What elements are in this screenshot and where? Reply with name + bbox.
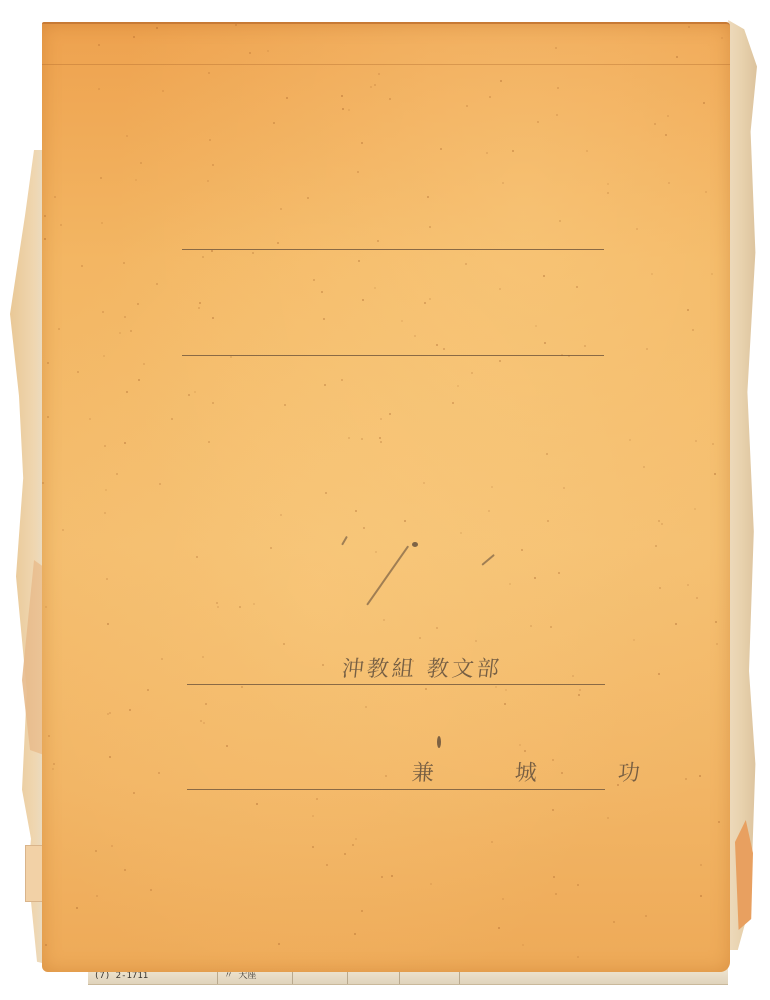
paper-speck xyxy=(199,302,201,304)
paper-speck xyxy=(98,44,100,46)
paper-speck xyxy=(380,441,382,443)
paper-speck xyxy=(208,72,210,74)
paper-speck xyxy=(489,96,491,98)
paper-speck xyxy=(324,384,326,386)
paper-speck xyxy=(249,52,251,54)
paper-speck xyxy=(714,473,716,475)
paper-speck xyxy=(429,298,431,300)
paper-speck xyxy=(124,316,126,318)
paper-speck xyxy=(135,179,137,181)
paper-speck xyxy=(105,489,107,491)
paper-speck xyxy=(198,307,200,309)
paper-speck xyxy=(235,24,237,26)
paper-speck xyxy=(76,907,78,909)
paper-speck xyxy=(378,73,380,75)
paper-speck xyxy=(578,694,580,696)
paper-speck xyxy=(205,703,207,705)
paper-speck xyxy=(202,256,204,258)
paper-speck xyxy=(124,442,126,444)
paper-speck xyxy=(323,318,325,320)
paper-speck xyxy=(505,689,507,691)
paper-speck xyxy=(544,342,546,344)
paper-speck xyxy=(217,606,219,608)
paper-speck xyxy=(633,639,635,641)
paper-speck xyxy=(401,320,403,322)
paper-speck xyxy=(156,27,158,29)
paper-speck xyxy=(42,482,44,484)
paper-speck xyxy=(283,643,285,645)
paper-speck xyxy=(355,838,357,840)
paper-speck xyxy=(194,391,196,393)
paper-speck xyxy=(162,90,164,92)
paper-speck xyxy=(354,933,356,935)
paper-speck xyxy=(211,250,213,252)
paper-speck xyxy=(104,445,106,447)
paper-speck xyxy=(721,37,723,39)
affiliation-handwriting: 沖教組 教文部 xyxy=(340,652,503,683)
paper-speck xyxy=(362,299,364,301)
paper-speck xyxy=(427,196,429,198)
paper-speck xyxy=(699,775,701,777)
paper-speck xyxy=(658,673,660,675)
paper-speck xyxy=(705,191,707,193)
name-rule xyxy=(187,789,605,790)
paper-speck xyxy=(577,884,579,886)
paper-speck xyxy=(326,864,328,866)
paper-speck xyxy=(379,437,381,439)
paper-speck xyxy=(519,744,521,746)
paper-speck xyxy=(655,545,657,547)
paper-speck xyxy=(143,363,145,365)
paper-speck xyxy=(286,97,288,99)
paper-speck xyxy=(381,876,383,878)
paper-speck xyxy=(202,656,204,658)
paper-speck xyxy=(443,348,445,350)
paper-speck xyxy=(321,291,323,293)
paper-speck xyxy=(365,706,367,708)
paper-speck xyxy=(200,720,202,722)
paper-speck xyxy=(553,876,555,878)
paper-speck xyxy=(412,660,414,662)
paper-speck xyxy=(158,772,160,774)
paper-speck xyxy=(212,402,214,404)
paper-speck xyxy=(100,177,102,179)
paper-speck xyxy=(491,486,493,488)
paper-speck xyxy=(322,664,324,666)
paper-speck xyxy=(280,208,282,210)
paper-speck xyxy=(98,88,100,90)
paper-speck xyxy=(325,492,327,494)
paper-speck xyxy=(675,623,677,625)
paper-speck xyxy=(629,439,631,441)
paper-speck xyxy=(460,532,462,534)
paper-speck xyxy=(668,182,670,184)
paper-speck xyxy=(352,844,354,846)
paper-speck xyxy=(550,626,552,628)
paper-speck xyxy=(361,142,363,144)
paper-speck xyxy=(341,379,343,381)
paper-speck xyxy=(414,335,416,337)
paper-speck xyxy=(465,263,467,265)
paper-speck xyxy=(273,122,275,124)
paper-speck xyxy=(361,438,363,440)
paper-speck xyxy=(607,192,609,194)
paper-speck xyxy=(457,385,459,387)
paper-speck xyxy=(703,102,705,104)
paper-speck xyxy=(577,956,579,958)
paper-speck xyxy=(715,621,717,623)
paper-speck xyxy=(436,344,438,346)
paper-speck xyxy=(547,520,549,522)
paper-speck xyxy=(718,821,720,823)
paper-speck xyxy=(203,722,205,724)
paper-speck xyxy=(380,418,382,420)
paper-speck xyxy=(101,222,103,224)
paper-speck xyxy=(104,512,106,514)
paper-speck xyxy=(383,619,385,621)
paper-speck xyxy=(688,26,690,28)
paper-speck xyxy=(524,750,526,752)
paper-speck xyxy=(96,895,98,897)
paper-speck xyxy=(535,325,537,327)
paper-speck xyxy=(147,689,149,691)
paper-speck xyxy=(488,510,490,512)
paper-speck xyxy=(278,943,280,945)
paper-speck xyxy=(137,303,139,305)
paper-speck xyxy=(130,330,132,332)
paper-speck xyxy=(52,768,54,770)
paper-speck xyxy=(270,547,272,549)
paper-speck xyxy=(654,123,656,125)
paper-speck xyxy=(607,817,609,819)
paper-speck xyxy=(129,709,131,711)
paper-speck xyxy=(60,224,62,226)
paper-speck xyxy=(651,273,653,275)
paper-speck xyxy=(47,362,49,364)
paper-speck xyxy=(209,139,211,141)
paper-speck xyxy=(58,328,60,330)
paper-speck xyxy=(430,883,432,885)
title-rule-bottom xyxy=(182,355,604,356)
paper-speck xyxy=(107,623,109,625)
paper-speck xyxy=(685,778,687,780)
paper-speck xyxy=(486,152,488,154)
paper-speck xyxy=(572,675,574,677)
paper-speck xyxy=(374,287,376,289)
paper-speck xyxy=(208,441,210,443)
paper-speck xyxy=(712,443,714,445)
paper-speck xyxy=(188,394,190,396)
paper-speck xyxy=(126,135,128,137)
paper-speck xyxy=(355,510,357,512)
paper-speck xyxy=(159,483,161,485)
paper-speck xyxy=(267,50,269,52)
paper-speck xyxy=(161,658,163,660)
paper-speck xyxy=(230,356,232,358)
paper-speck xyxy=(558,572,560,574)
paper-speck xyxy=(385,775,387,777)
paper-speck xyxy=(695,440,697,442)
paper-speck xyxy=(196,556,198,558)
paper-speck xyxy=(106,578,108,580)
paper-speck xyxy=(341,95,343,97)
paper-speck xyxy=(133,36,135,38)
paper-speck xyxy=(568,355,570,357)
paper-speck xyxy=(696,597,698,599)
paper-speck xyxy=(377,240,379,242)
paper-speck xyxy=(109,712,111,714)
paper-speck xyxy=(543,275,545,277)
paper-speck xyxy=(556,114,558,116)
paper-speck xyxy=(313,279,315,281)
paper-speck xyxy=(102,311,104,313)
paper-speck xyxy=(133,792,135,794)
paper-speck xyxy=(509,583,511,585)
paper-speck xyxy=(216,602,218,604)
paper-speck xyxy=(636,228,638,230)
paper-speck xyxy=(452,402,454,404)
paper-speck xyxy=(495,686,497,688)
paper-speck xyxy=(363,527,365,529)
paper-speck xyxy=(665,134,667,136)
paper-speck xyxy=(89,418,91,420)
paper-speck xyxy=(103,355,105,357)
paper-speck xyxy=(546,453,548,455)
paper-speck xyxy=(711,273,713,275)
paper-speck xyxy=(358,260,360,262)
paper-speck xyxy=(555,47,557,49)
paper-speck xyxy=(241,686,243,688)
name-char: 功 xyxy=(617,756,643,787)
paper-speck xyxy=(81,265,83,267)
paper-speck xyxy=(584,345,586,347)
paper-speck xyxy=(342,108,344,110)
paper-speck xyxy=(312,815,314,817)
paper-speck xyxy=(252,252,254,254)
paper-speck xyxy=(54,196,56,198)
paper-speck xyxy=(500,80,502,82)
paper-speck xyxy=(312,846,314,848)
paper-speck xyxy=(116,473,118,475)
pencil-stroke xyxy=(481,554,495,566)
paper-speck xyxy=(659,587,661,589)
paper-speck xyxy=(613,921,615,923)
paper-speck xyxy=(522,944,524,946)
paper-speck xyxy=(375,551,377,553)
paper-speck xyxy=(607,183,609,185)
pencil-stroke xyxy=(366,545,409,605)
paper-speck xyxy=(436,627,438,629)
paper-speck xyxy=(466,105,468,107)
paper-speck xyxy=(557,87,559,89)
paper-speck xyxy=(253,603,255,605)
paper-speck xyxy=(126,391,128,393)
paper-speck xyxy=(498,927,500,929)
paper-speck xyxy=(156,283,158,285)
paper-speck xyxy=(284,404,286,406)
paper-speck xyxy=(576,286,578,288)
paper-speck xyxy=(552,809,554,811)
paper-speck xyxy=(77,371,79,373)
paper-speck xyxy=(534,577,536,579)
paper-speck xyxy=(440,148,442,150)
paper-speck xyxy=(404,520,406,522)
paper-speck xyxy=(370,86,372,88)
pencil-stroke xyxy=(341,536,348,546)
folder-cover: 沖教組 教文部 兼 城 功 xyxy=(42,22,730,972)
paper-speck xyxy=(559,220,561,222)
paper-speck xyxy=(277,242,279,244)
paper-speck xyxy=(212,317,214,319)
paper-speck xyxy=(47,416,49,418)
paper-speck xyxy=(138,379,140,381)
paper-speck xyxy=(111,845,113,847)
paper-speck xyxy=(491,841,493,843)
pencil-smudge xyxy=(412,542,418,547)
paper-speck xyxy=(212,164,214,166)
paper-speck xyxy=(521,549,523,551)
paper-speck xyxy=(361,910,363,912)
paper-speck xyxy=(44,238,46,240)
paper-speck xyxy=(504,703,506,705)
paper-speck xyxy=(700,864,702,866)
paper-speck xyxy=(563,487,565,489)
title-rule-top xyxy=(182,249,604,250)
paper-speck xyxy=(95,850,97,852)
paper-speck xyxy=(537,121,539,123)
name-char: 城 xyxy=(514,756,540,787)
paper-speck xyxy=(700,895,702,897)
paper-speck xyxy=(530,625,532,627)
paper-speck xyxy=(617,784,619,786)
paper-speck xyxy=(645,915,647,917)
paper-speck xyxy=(389,413,391,415)
paper-speck xyxy=(419,637,421,639)
paper-speck xyxy=(307,197,309,199)
paper-speck xyxy=(109,756,111,758)
paper-speck xyxy=(716,643,718,645)
paper-speck xyxy=(586,150,588,152)
paper-speck xyxy=(389,98,391,100)
paper-speck xyxy=(239,606,241,608)
paper-speck xyxy=(502,182,504,184)
paper-speck xyxy=(555,893,557,895)
paper-speck xyxy=(423,482,425,484)
pencil-smudge xyxy=(437,736,441,748)
paper-speck xyxy=(658,520,660,522)
paper-speck xyxy=(676,56,678,58)
paper-speck xyxy=(687,309,689,311)
affiliation-rule xyxy=(187,684,605,685)
paper-speck xyxy=(667,115,669,117)
paper-speck xyxy=(48,735,50,737)
paper-speck xyxy=(692,329,694,331)
paper-speck xyxy=(226,745,228,747)
paper-speck xyxy=(499,288,501,290)
paper-speck xyxy=(348,109,350,111)
paper-speck xyxy=(512,150,514,152)
paper-speck xyxy=(124,869,126,871)
paper-speck xyxy=(357,171,359,173)
paper-speck xyxy=(471,372,473,374)
paper-speck xyxy=(344,853,346,855)
paper-speck xyxy=(140,162,142,164)
paper-speck xyxy=(53,763,55,765)
paper-speck xyxy=(374,84,376,86)
paper-speck xyxy=(391,875,393,877)
paper-speck xyxy=(424,302,426,304)
paper-speck xyxy=(171,418,173,420)
paper-speck xyxy=(348,437,350,439)
paper-speck xyxy=(316,798,318,800)
name-char: 兼 xyxy=(411,756,437,787)
paper-speck xyxy=(62,529,64,531)
paper-speck xyxy=(256,803,258,805)
paper-speck xyxy=(499,360,501,362)
paper-speck xyxy=(119,332,121,334)
paper-speck xyxy=(646,348,648,350)
paper-speck xyxy=(45,944,47,946)
paper-speck xyxy=(694,508,696,510)
paper-speck xyxy=(687,584,689,586)
paper-speck xyxy=(207,180,209,182)
paper-speck xyxy=(475,640,477,642)
paper-speck xyxy=(150,889,152,891)
paper-speck xyxy=(45,606,47,608)
paper-speck xyxy=(123,262,125,264)
paper-speck xyxy=(280,514,282,516)
paper-speck xyxy=(425,688,427,690)
paper-speck xyxy=(661,523,663,525)
paper-speck xyxy=(643,466,645,468)
paper-speck xyxy=(429,226,431,228)
paper-speck xyxy=(44,215,46,217)
paper-speck xyxy=(502,898,504,900)
name-handwriting: 兼 城 功 xyxy=(412,756,642,787)
paper-speck xyxy=(579,689,581,691)
